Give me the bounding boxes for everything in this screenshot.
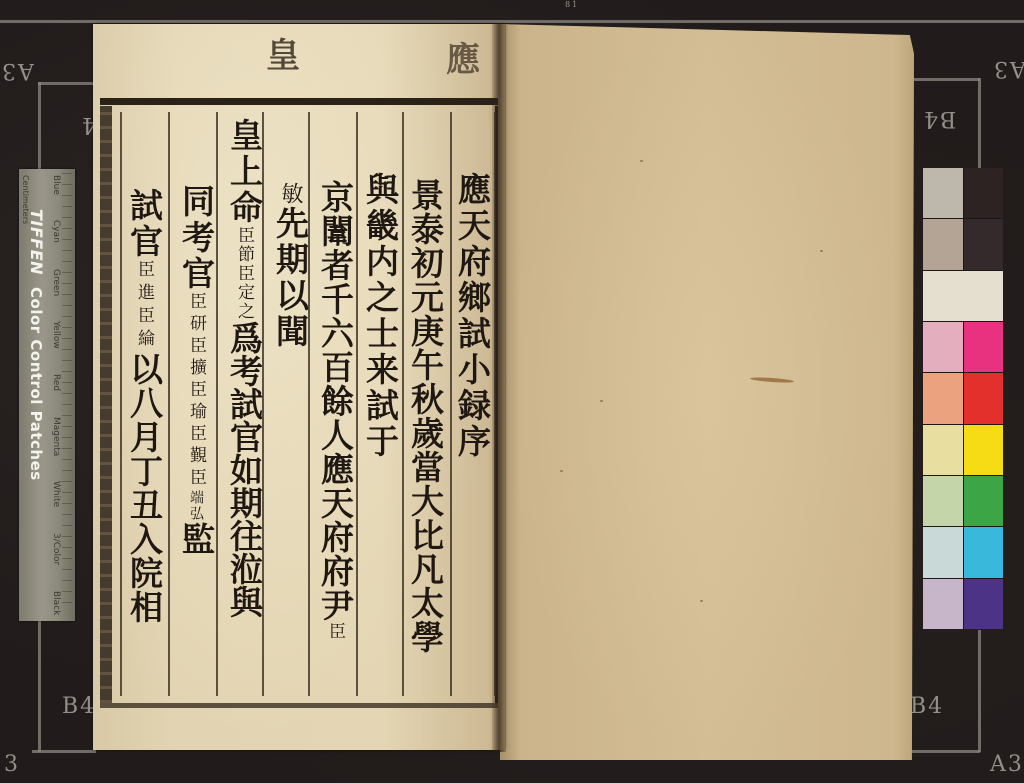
text-column-2: 景泰初元庚午秋歲當大比凡太學 <box>405 178 445 654</box>
color-patch-pale-orange <box>923 373 963 423</box>
color-patch-pale-pink <box>923 322 963 372</box>
color-patch-pale-green <box>923 476 963 526</box>
mat-label-b4-bottom-left: B4 <box>62 694 96 719</box>
right-page-blank <box>500 24 914 760</box>
column-4-small: 臣 <box>325 622 345 641</box>
color-patch-light-gray <box>923 168 963 218</box>
text-column-3: 與畿内之士来試于 <box>358 172 402 460</box>
paper-speck <box>640 160 643 162</box>
tiffen-title: Color Control Patches <box>27 287 45 481</box>
column-6-part: 皇上命 <box>225 118 264 226</box>
column-7-part: 監 <box>177 522 216 558</box>
tiffen-label: Red <box>51 374 61 391</box>
tiffen-label: Green <box>51 269 61 296</box>
paper-speck <box>560 470 563 472</box>
mat-label-b4-top-right: B4 <box>922 106 956 131</box>
column-8-part: 以八月丁丑入院相 <box>125 352 164 624</box>
text-column-7: 同考官臣研臣擴臣瑜臣覲臣端弘監 <box>174 184 218 558</box>
color-patch-pale-lavender <box>923 579 963 629</box>
tiffen-label: Cyan <box>51 220 61 243</box>
column-6-part-small: 節 <box>234 245 254 264</box>
frame-top-border <box>100 98 498 105</box>
mat-label-3-bottom-left: 3 <box>4 752 20 777</box>
tiffen-brand-title: TIFFEN Color Control Patches <box>27 209 46 480</box>
mat-label-top-center: 81 <box>565 0 579 9</box>
paper-speck <box>600 400 603 402</box>
tiffen-label: White <box>51 481 61 507</box>
color-calibration-chart <box>923 168 1003 629</box>
mat-label-a3-top-right: A3 <box>992 56 1024 81</box>
mat-label-a3-bottom-right: A3 <box>990 752 1024 777</box>
guide-line-top <box>0 20 1024 23</box>
tiffen-color-labels: Blue Cyan Green Yellow Red Magenta White… <box>51 175 61 615</box>
tiffen-label: Magenta <box>51 417 61 456</box>
tiffen-label: 3/Color <box>51 533 61 565</box>
color-patch-yellow <box>964 425 1004 475</box>
color-patch-violet <box>964 579 1004 629</box>
text-column-8: 試官臣進臣綸以八月丁丑入院相 <box>122 188 166 624</box>
text-column-6: 皇上命臣節臣定之爲考試官如期往涖與 <box>222 118 266 618</box>
mat-label-b4-bottom-right: B4 <box>910 694 944 719</box>
color-patch-pale-yellow <box>923 425 963 475</box>
color-patch-cyan <box>964 527 1004 577</box>
column-5-rest: 先期以聞 <box>271 206 310 350</box>
color-patch-charcoal <box>964 219 1004 269</box>
column-7-part-small: 端弘 <box>188 490 204 522</box>
color-patch-dark-brown <box>964 168 1004 218</box>
column-8-part-small: 臣進臣綸 <box>134 260 154 352</box>
color-patch-magenta <box>964 322 1004 372</box>
column-7-part-small: 臣研臣擴臣瑜臣覲臣 <box>186 292 206 490</box>
tiffen-logo: TIFFEN <box>27 209 46 275</box>
column-6-part: 爲考試官如期往涖與 <box>225 321 264 618</box>
column-7-part: 同考官 <box>177 184 216 292</box>
frame-left-band <box>100 106 112 703</box>
margin-character-1: 皇 <box>266 28 300 77</box>
mat-label-a3-top-left: A3 <box>0 58 34 83</box>
column-rule <box>168 112 170 696</box>
text-column-title: 應天府鄉試小録序 <box>450 172 494 460</box>
tiffen-ruler-ticks <box>62 173 72 613</box>
color-patch-green <box>964 476 1004 526</box>
guide-line-right-inner-lower <box>978 630 981 752</box>
paper-speck <box>700 600 703 602</box>
column-6-part-small: 臣 <box>234 226 254 245</box>
color-patch-taupe <box>923 219 963 269</box>
color-patch-white <box>923 271 1003 321</box>
guide-line-left-inner-top <box>38 82 94 85</box>
tiffen-label: Yellow <box>51 321 61 349</box>
margin-character-2: 應 <box>446 32 480 81</box>
color-patch-red <box>964 373 1004 423</box>
column-5-first: 敏 <box>278 182 303 206</box>
guide-line-bottom-left <box>32 750 96 753</box>
column-rule <box>402 112 404 696</box>
tiffen-label: Blue <box>51 175 61 195</box>
tiffen-color-strip: Centimeters TIFFEN Color Control Patches… <box>19 169 75 621</box>
column-8-part: 試官 <box>125 188 164 260</box>
column-4-text: 京闈者千六百餘人應天府府尹 <box>316 180 355 622</box>
guide-line-right-inner-top <box>914 78 980 81</box>
tiffen-label: Black <box>51 591 61 615</box>
paper-speck <box>820 250 823 252</box>
text-column-4: 京闈者千六百餘人應天府府尹臣 <box>313 180 357 641</box>
column-6-part-small: 臣 <box>234 264 254 283</box>
text-column-5: 敏先期以聞 <box>268 182 312 350</box>
column-rule <box>494 112 496 696</box>
frame-bottom-border <box>100 703 498 708</box>
color-patch-pale-cyan <box>923 527 963 577</box>
column-6-part-small: 定之 <box>234 283 254 321</box>
